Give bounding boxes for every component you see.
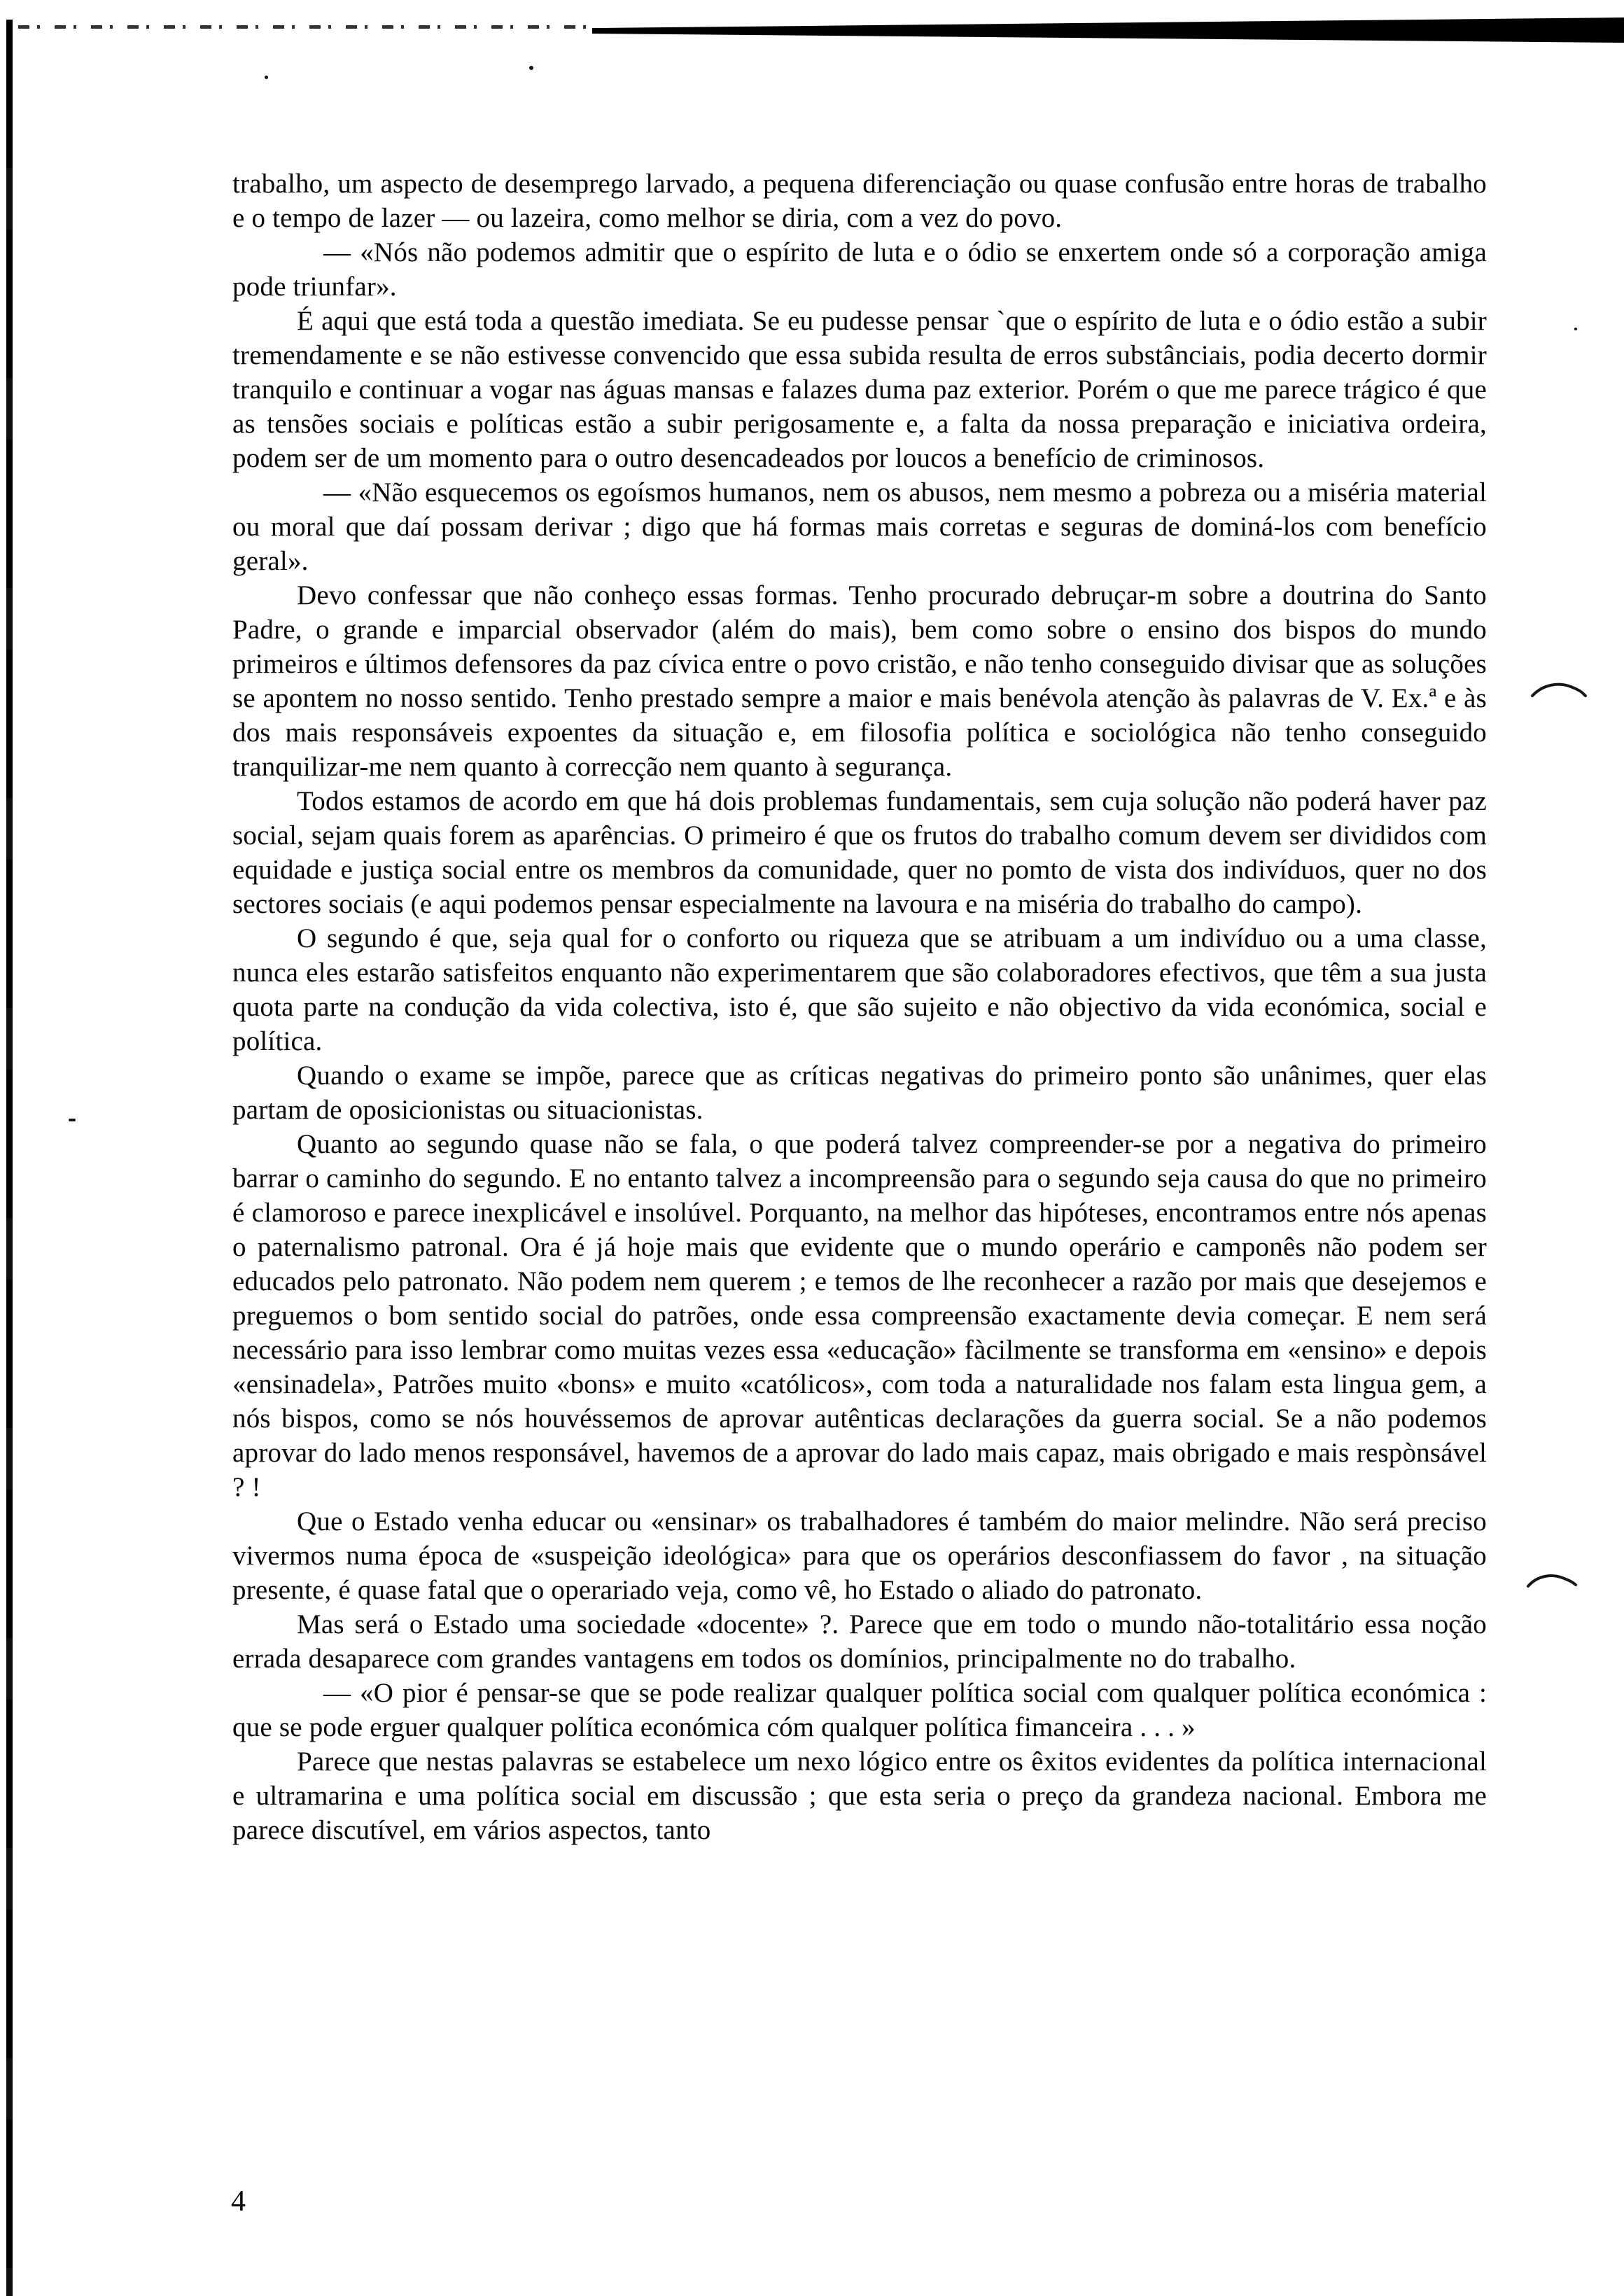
paragraph: Que o Estado venha educar ou «ensinar» o… bbox=[232, 1504, 1487, 1607]
scan-border-top-solid bbox=[592, 17, 1624, 43]
margin-pen-stroke-icon bbox=[1530, 680, 1588, 703]
ink-speck bbox=[1574, 328, 1577, 330]
paragraph-quote: — «Não esquecemos os egoísmos humanos, n… bbox=[232, 475, 1487, 578]
text-column: trabalho, um aspecto de desemprego larva… bbox=[232, 167, 1487, 1847]
paragraph: É aqui que está toda a questão imediata.… bbox=[232, 304, 1487, 475]
margin-pen-stroke-icon bbox=[1526, 1572, 1578, 1593]
scanned-page: trabalho, um aspecto de desemprego larva… bbox=[0, 0, 1624, 2296]
scan-border-left bbox=[6, 20, 13, 2296]
paragraph: Mas será o Estado uma sociedade «docente… bbox=[232, 1607, 1487, 1676]
scan-border-top-dashed bbox=[18, 25, 594, 29]
paragraph-continuation: trabalho, um aspecto de desemprego larva… bbox=[232, 167, 1487, 235]
paragraph: O segundo é que, seja qual for o confort… bbox=[232, 921, 1487, 1058]
paragraph: Parece que nestas palavras se estabelece… bbox=[232, 1744, 1487, 1847]
ink-speck bbox=[529, 66, 533, 70]
paragraph: Quando o exame se impõe, parece que as c… bbox=[232, 1058, 1487, 1127]
paragraph: Devo confessar que não conheço essas for… bbox=[232, 578, 1487, 784]
ink-speck bbox=[265, 76, 268, 79]
paragraph: Quanto ao segundo quase não se fala, o q… bbox=[232, 1127, 1487, 1504]
page-number: 4 bbox=[231, 2187, 246, 2216]
paragraph-quote: — «O pior é pensar-se que se pode realiz… bbox=[232, 1676, 1487, 1744]
paragraph-quote: — «Nós não podemos admitir que o espírit… bbox=[232, 235, 1487, 304]
paragraph: Todos estamos de acordo em que há dois p… bbox=[232, 784, 1487, 921]
ink-speck bbox=[69, 1119, 76, 1121]
